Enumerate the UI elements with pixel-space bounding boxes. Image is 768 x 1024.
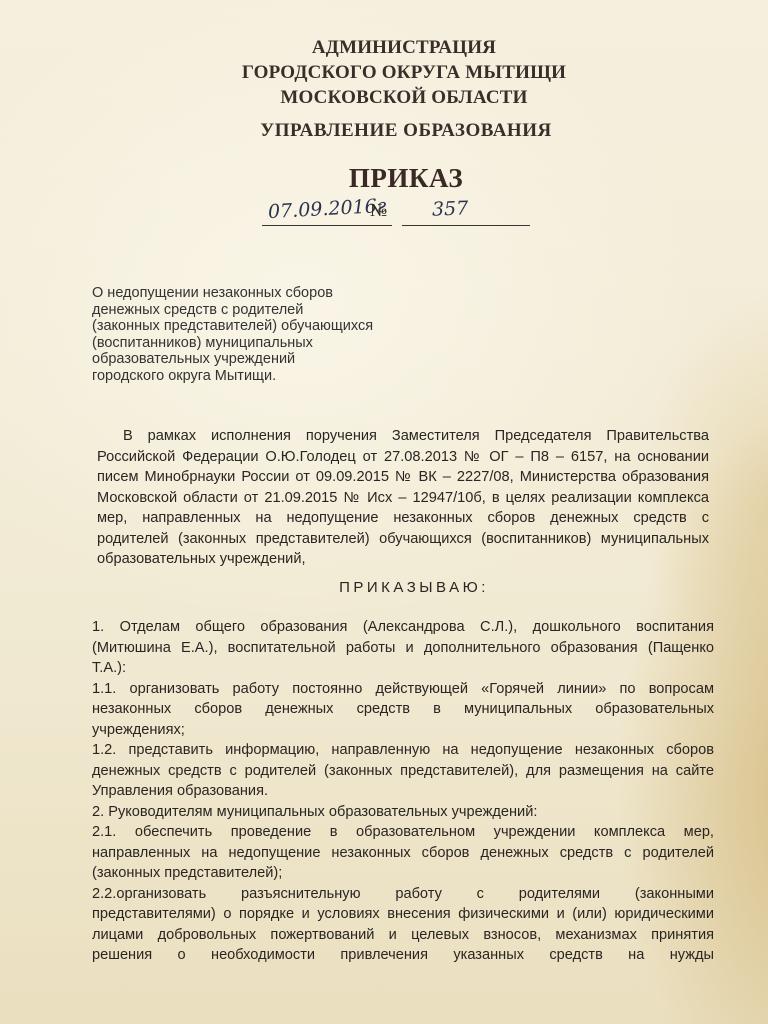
item-line: 1. Отделам общего образования (Александр… [92, 617, 714, 638]
item-line: незаконных сборов денежных средств в мун… [92, 699, 714, 720]
item-line: 2.2.организовать разъяснительную работу … [92, 884, 714, 905]
subject-line: (воспитанников) муниципальных [92, 335, 373, 352]
org-line: АДМИНИСТРАЦИЯ [20, 35, 768, 60]
preamble-paragraph: В рамках исполнения поручения Заместител… [97, 426, 709, 570]
order-item-2-2: 2.2.организовать разъяснительную работу … [92, 884, 714, 966]
item-line: решения о необходимости привлечения указ… [92, 945, 714, 966]
preamble-line: писем Минобрнауки России от 09.09.2015 №… [97, 467, 709, 488]
subject-line: (законных представителей) обучающихся [92, 318, 373, 335]
subject-line: О недопущении незаконных сборов [92, 285, 373, 302]
item-line: Т.А.): [92, 658, 714, 679]
order-item-1-2: 1.2. представить информацию, направленну… [92, 740, 714, 802]
order-directive: ПРИКАЗЫВАЮ: [0, 579, 768, 596]
date-number-line: 07.09.2016г № 357 [262, 198, 532, 226]
order-date: 07.09.2016г [268, 195, 387, 223]
item-line: 2. Руководителям муниципальных образоват… [92, 802, 714, 823]
preamble-line: образовательных учреждений, [97, 549, 709, 570]
org-line: ГОРОДСКОГО ОКРУГА МЫТИЩИ [20, 60, 768, 85]
item-line: (Митюшина Е.А.), воспитательной работы и… [92, 638, 714, 659]
item-line: 1.2. представить информацию, направленну… [92, 740, 714, 761]
item-line: 1.1. организовать работу постоянно дейст… [92, 679, 714, 700]
number-underline [402, 225, 530, 226]
order-number: 357 [432, 197, 469, 220]
org-line: МОСКОВСКОЙ ОБЛАСТИ [20, 85, 768, 110]
org-header: АДМИНИСТРАЦИЯ ГОРОДСКОГО ОКРУГА МЫТИЩИ М… [20, 35, 768, 110]
order-item-1-1: 1.1. организовать работу постоянно дейст… [92, 679, 714, 741]
preamble-line: Московской области от 21.09.2015 № Исх –… [97, 488, 709, 509]
item-line: Управления образования. [92, 781, 714, 802]
document-title: ПРИКАЗ [22, 163, 768, 194]
item-line: лицами добровольных пожертвований и целе… [92, 925, 714, 946]
subject-line: городского округа Мытищи. [92, 368, 373, 385]
preamble-line: В рамках исполнения поручения Заместител… [97, 426, 709, 447]
item-line: учреждениях; [92, 720, 714, 741]
number-label: № [370, 200, 387, 221]
item-line: 2.1. обеспечить проведение в образовател… [92, 822, 714, 843]
date-underline [262, 225, 392, 226]
order-item-2: 2. Руководителям муниципальных образоват… [92, 802, 714, 823]
preamble-line: Российской Федерации О.Ю.Голодец от 27.0… [97, 447, 709, 468]
item-line: представителями) о порядке и условиях вн… [92, 904, 714, 925]
item-line: денежных средств с родителей (законных п… [92, 761, 714, 782]
preamble-line: родителей (законных представителей) обуч… [97, 529, 709, 550]
subject-line: образовательных учреждений [92, 351, 373, 368]
preamble-line: мер, направленных на недопущение незакон… [97, 508, 709, 529]
document-page: АДМИНИСТРАЦИЯ ГОРОДСКОГО ОКРУГА МЫТИЩИ М… [0, 0, 768, 1024]
subject-line: денежных средств с родителей [92, 302, 373, 319]
item-line: (законных представителей); [92, 863, 714, 884]
item-line: направленных на недопущение незаконных с… [92, 843, 714, 864]
order-item-1: 1. Отделам общего образования (Александр… [92, 617, 714, 679]
order-items: 1. Отделам общего образования (Александр… [92, 617, 714, 966]
department-name: УПРАВЛЕНИЕ ОБРАЗОВАНИЯ [22, 120, 768, 142]
order-subject: О недопущении незаконных сборов денежных… [92, 285, 373, 384]
order-item-2-1: 2.1. обеспечить проведение в образовател… [92, 822, 714, 884]
